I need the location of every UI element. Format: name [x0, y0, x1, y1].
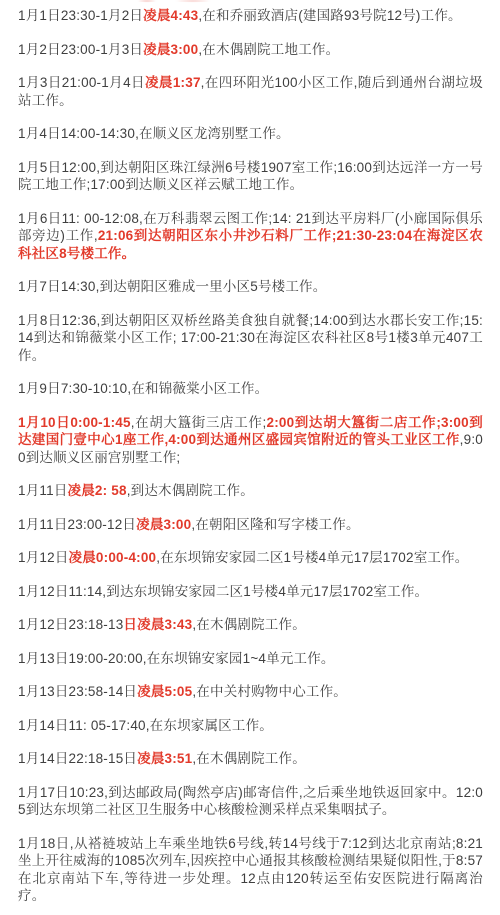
text-segment: 1月14日11: 05-17:40,在东坝家属区工作。 — [18, 718, 273, 733]
text-segment: 1月4日14:00-14:30,在顺义区龙湾别墅工作。 — [18, 126, 290, 141]
text-segment: 1月14日22:18-15日 — [18, 751, 137, 766]
itinerary-paragraph: 1月11日凌晨2: 58,到达木偶剧院工作。 — [18, 482, 483, 500]
itinerary-paragraph: 1月13日23:58-14日凌晨5:05,在中关村购物中心工作。 — [18, 683, 483, 701]
text-segment: 1月12日11:14,到达东坝锦安家园二区1号楼4单元17层1702室工作。 — [18, 584, 428, 599]
text-segment: ,在中关村购物中心工作。 — [192, 684, 347, 699]
itinerary-paragraph: 1月17日10:23,到达邮政局(陶然亭店)邮寄信件,之后乘坐地铁返回家中。12… — [18, 784, 483, 819]
highlighted-text-segment: 凌晨5:05 — [137, 684, 192, 699]
text-segment: ,在和乔丽致酒店(建国路93号院12号)工作。 — [198, 8, 461, 23]
itinerary-paragraph: 1月12日23:18-13日凌晨3:43,在木偶剧院工作。 — [18, 616, 483, 634]
highlighted-text-segment: 凌晨1:37 — [145, 75, 201, 90]
highlighted-text-segment: 凌晨0:00-4:00 — [69, 550, 157, 565]
text-segment: 1月11日23:00-12日 — [18, 517, 136, 532]
itinerary-paragraph: 1月13日19:00-20:00,在东坝锦安家园1~4单元工作。 — [18, 650, 483, 668]
highlighted-text-segment: 凌晨2: 58 — [68, 483, 127, 498]
text-segment: ,到达木偶剧院工作。 — [127, 483, 254, 498]
text-segment: 1月12日 — [18, 550, 69, 565]
itinerary-paragraph: 1月7日14:30,到达朝阳区雅成一里小区5号楼工作。 — [18, 278, 483, 296]
itinerary-paragraph: 1月12日凌晨0:00-4:00,在东坝锦安家园二区1号楼4单元17层1702室… — [18, 549, 483, 567]
text-segment: 1月8日12:36,到达朝阳区双桥丝路美食独自就餐;14:00到达水郡长安工作;… — [18, 313, 483, 363]
itinerary-paragraph: 1月2日23:00-1月3日凌晨3:00,在木偶剧院工地工作。 — [18, 41, 483, 59]
text-segment: 1月5日12:00,到达朝阳区珠江绿洲6号楼1907室工作;16:00到达远洋一… — [18, 160, 483, 193]
itinerary-paragraph: 1月12日11:14,到达东坝锦安家园二区1号楼4单元17层1702室工作。 — [18, 583, 483, 601]
itinerary-paragraph: 1月11日23:00-12日凌晨3:00,在朝阳区隆和写字楼工作。 — [18, 516, 483, 534]
itinerary-paragraph: 1月5日12:00,到达朝阳区珠江绿洲6号楼1907室工作;16:00到达远洋一… — [18, 159, 483, 194]
itinerary-paragraph: 1月9日7:30-10:10,在和锦薇棠小区工作。 — [18, 380, 483, 398]
text-segment: 1月18日,从褡裢坡站上车乘坐地铁6号线,转14号线于7:12到达北京南站;8:… — [18, 836, 483, 904]
itinerary-document: 1月1日23:30-1月2日凌晨4:43,在和乔丽致酒店(建国路93号院12号)… — [0, 0, 500, 915]
itinerary-paragraph: 1月14日11: 05-17:40,在东坝家属区工作。 — [18, 717, 483, 735]
itinerary-paragraph: 1月3日21:00-1月4日凌晨1:37,在四环阳光100小区工作,随后到通州台… — [18, 74, 483, 109]
text-segment: ,在木偶剧院工地工作。 — [198, 42, 339, 57]
text-segment: 1月7日14:30,到达朝阳区雅成一里小区5号楼工作。 — [18, 279, 326, 294]
text-segment: 1月1日23:30-1月2日 — [18, 8, 143, 23]
text-segment: ,在木偶剧院工作。 — [192, 617, 306, 632]
text-segment: ,在胡大簋街三店工作; — [131, 415, 267, 430]
text-segment: 1月2日23:00-1月3日 — [18, 42, 143, 57]
itinerary-paragraph: 1月10日0:00-1:45,在胡大簋街三店工作;2:00到达胡大簋街二店工作;… — [18, 414, 483, 467]
highlighted-text-segment: 凌晨3:00 — [136, 517, 191, 532]
text-segment: 1月12日23:18-13 — [18, 617, 123, 632]
text-segment: 1月11日 — [18, 483, 68, 498]
text-segment: 1月13日19:00-20:00,在东坝锦安家园1~4单元工作。 — [18, 651, 335, 666]
itinerary-paragraph: 1月1日23:30-1月2日凌晨4:43,在和乔丽致酒店(建国路93号院12号)… — [18, 7, 483, 25]
itinerary-paragraph: 1月18日,从褡裢坡站上车乘坐地铁6号线,转14号线于7:12到达北京南站;8:… — [18, 835, 483, 905]
text-segment: 1月17日10:23,到达邮政局(陶然亭店)邮寄信件,之后乘坐地铁返回家中。12… — [18, 785, 483, 818]
text-segment: ,在东坝锦安家园二区1号楼4单元17层1702室工作。 — [156, 550, 468, 565]
highlighted-text-segment: 日凌晨3:43 — [123, 617, 192, 632]
text-segment: 1月13日23:58-14日 — [18, 684, 137, 699]
highlighted-text-segment: 凌晨3:00 — [143, 42, 198, 57]
itinerary-paragraph: 1月6日11: 00-12:08,在万科翡翠云图工作;14: 21到达平房料厂(… — [18, 210, 483, 263]
text-segment: 1月9日7:30-10:10,在和锦薇棠小区工作。 — [18, 381, 268, 396]
itinerary-paragraph: 1月8日12:36,到达朝阳区双桥丝路美食独自就餐;14:00到达水郡长安工作;… — [18, 312, 483, 365]
itinerary-list: 1月1日23:30-1月2日凌晨4:43,在和乔丽致酒店(建国路93号院12号)… — [18, 7, 483, 905]
text-segment: ,在木偶剧院工作。 — [192, 751, 306, 766]
text-segment: 1月3日21:00-1月4日 — [18, 75, 145, 90]
itinerary-paragraph: 1月14日22:18-15日凌晨3:51,在木偶剧院工作。 — [18, 750, 483, 768]
highlighted-text-segment: 凌晨4:43 — [143, 8, 198, 23]
itinerary-paragraph: 1月4日14:00-14:30,在顺义区龙湾别墅工作。 — [18, 125, 483, 143]
highlighted-text-segment: 凌晨3:51 — [137, 751, 192, 766]
highlighted-text-segment: 1月10日0:00-1:45 — [18, 415, 131, 430]
text-segment: ,在朝阳区隆和写字楼工作。 — [191, 517, 359, 532]
